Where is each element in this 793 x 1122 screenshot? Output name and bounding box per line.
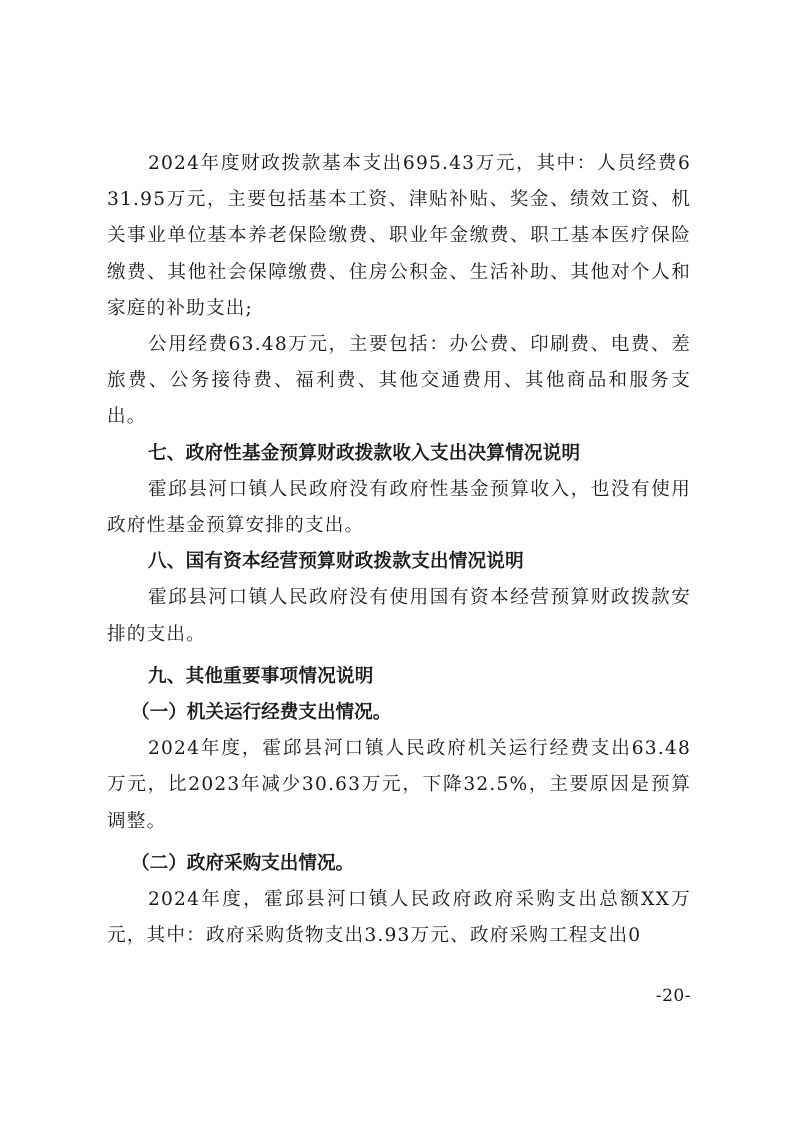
paragraph-public-expenses: 公用经费63.48万元，主要包括：办公费、印刷费、电费、差旅费、公务接待费、福利… — [107, 327, 691, 436]
subheading-procurement: （二）政府采购支出情况。 — [107, 846, 691, 882]
paragraph-basic-expenditure: 2024年度财政拨款基本支出695.43万元，其中：人员经费631.95万元，主… — [107, 146, 691, 327]
paragraph-section-8: 霍邱县河口镇人民政府没有使用国有资本经营预算财政拨款安排的支出。 — [107, 580, 691, 652]
paragraph-section-7: 霍邱县河口镇人民政府没有政府性基金预算收入，也没有使用政府性基金预算安排的支出。 — [107, 472, 691, 544]
page-number: -20- — [656, 986, 691, 1006]
paragraph-procurement: 2024年度，霍邱县河口镇人民政府政府采购支出总额XX万元，其中：政府采购货物支… — [107, 882, 691, 954]
document-page: 2024年度财政拨款基本支出695.43万元，其中：人员经费631.95万元，主… — [107, 146, 691, 954]
subheading-operating-expenses: （一）机关运行经费支出情况。 — [107, 695, 691, 731]
paragraph-operating-expenses: 2024年度，霍邱县河口镇人民政府机关运行经费支出63.48万元，比2023年减… — [107, 731, 691, 840]
section-heading-8: 八、国有资本经营预算财政拨款支出情况说明 — [107, 544, 691, 580]
section-heading-7: 七、政府性基金预算财政拨款收入支出决算情况说明 — [107, 436, 691, 472]
section-heading-9: 九、其他重要事项情况说明 — [107, 659, 691, 695]
